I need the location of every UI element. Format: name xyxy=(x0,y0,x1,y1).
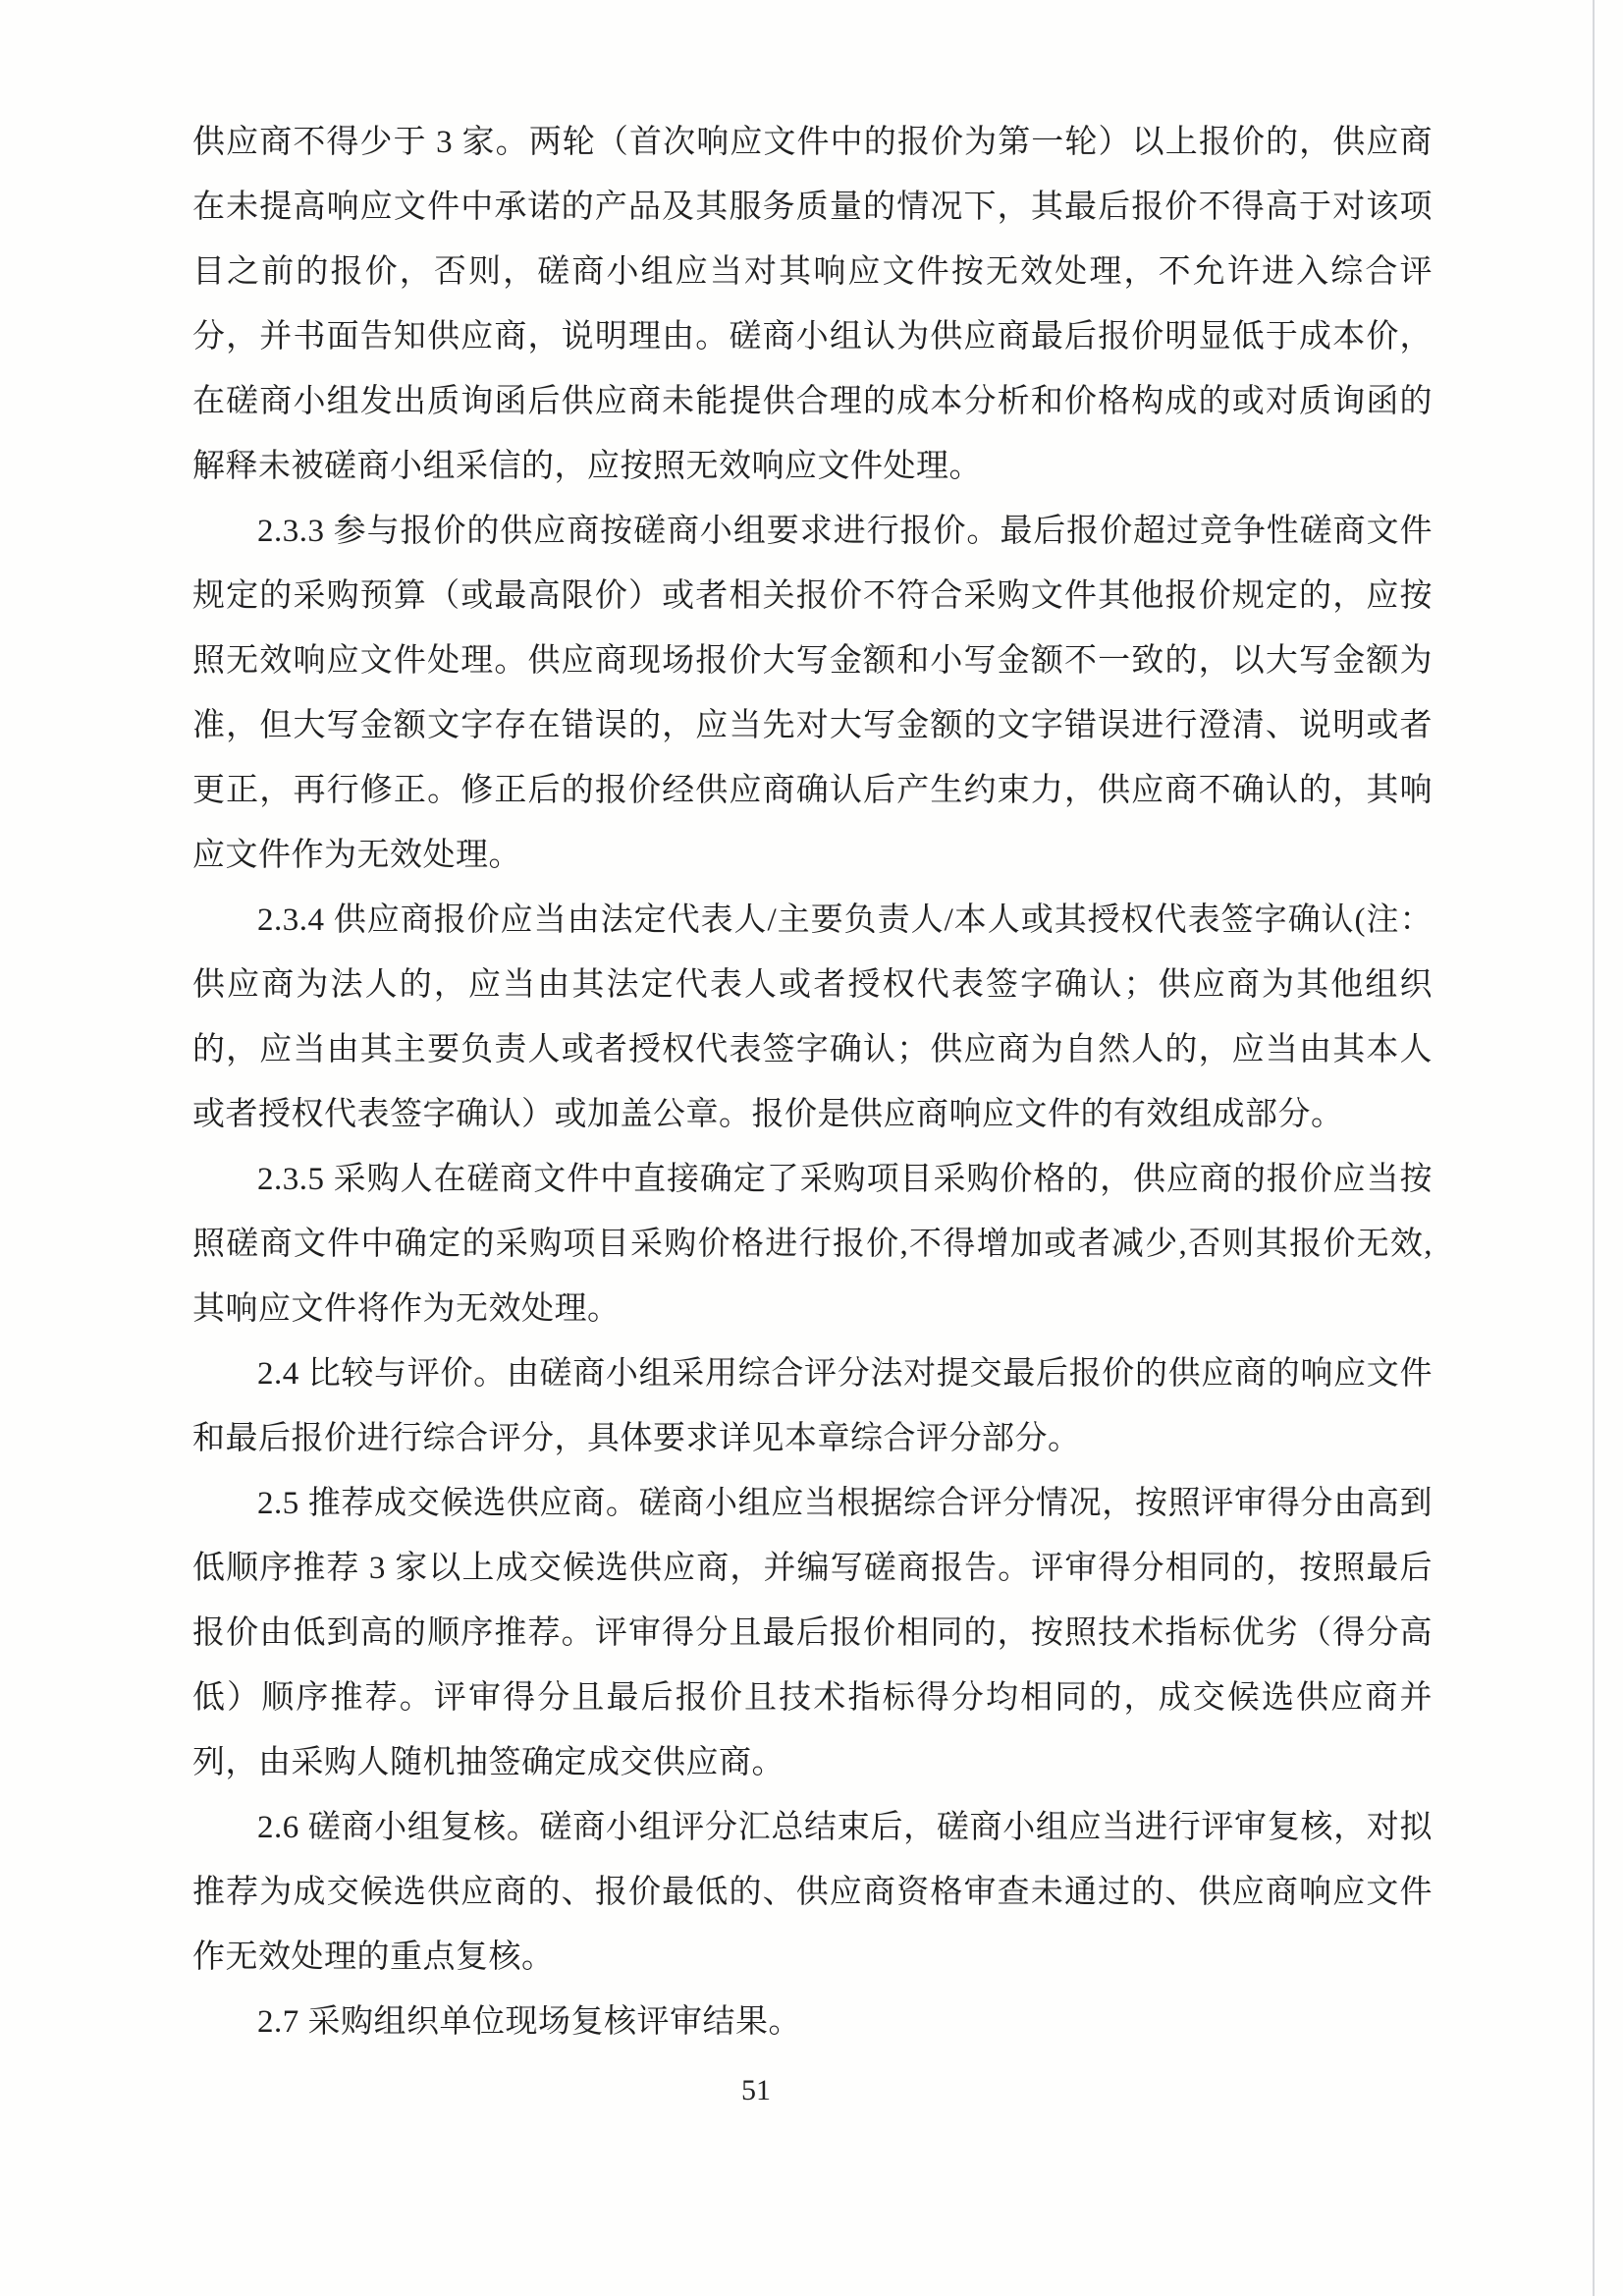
scan-edge-artifact xyxy=(1593,0,1595,2296)
paragraph: 2.3.3 参与报价的供应商按磋商小组要求进行报价。最后报价超过竞争性磋商文件规… xyxy=(192,499,1433,888)
paragraph: 2.3.5 采购人在磋商文件中直接确定了采购项目采购价格的，供应商的报价应当按照… xyxy=(192,1147,1433,1341)
paragraph: 2.4 比较与评价。由磋商小组采用综合评分法对提交最后报价的供应商的响应文件和最… xyxy=(192,1341,1433,1471)
paragraph: 供应商不得少于 3 家。两轮（首次响应文件中的报价为第一轮）以上报价的，供应商在… xyxy=(192,110,1433,499)
paragraph: 2.5 推荐成交候选供应商。磋商小组应当根据综合评分情况，按照评审得分由高到低顺… xyxy=(192,1471,1433,1795)
page-number: 51 xyxy=(0,2074,1512,2107)
paragraph: 2.3.4 供应商报价应当由法定代表人/主要负责人/本人或其授权代表签字确认(注… xyxy=(192,888,1433,1147)
paragraph: 2.7 采购组织单位现场复核评审结果。 xyxy=(192,1990,1433,2054)
document-page: 供应商不得少于 3 家。两轮（首次响应文件中的报价为第一轮）以上报价的，供应商在… xyxy=(0,0,1623,2296)
text-block: 供应商不得少于 3 家。两轮（首次响应文件中的报价为第一轮）以上报价的，供应商在… xyxy=(192,110,1433,2054)
paragraph: 2.6 磋商小组复核。磋商小组评分汇总结束后，磋商小组应当进行评审复核，对拟推荐… xyxy=(192,1795,1433,1990)
